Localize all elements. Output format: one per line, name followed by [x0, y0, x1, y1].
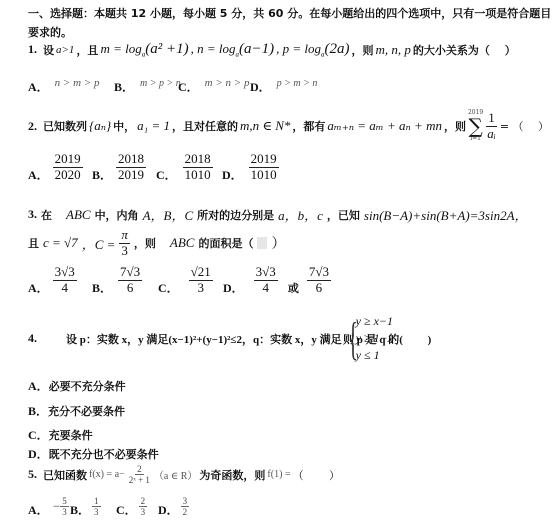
- stem-text: ，则: [134, 235, 156, 251]
- option-d[interactable]: D．32: [158, 496, 189, 518]
- math-function: f(x) = a−: [89, 469, 125, 480]
- option-label: A．: [28, 279, 49, 296]
- option-c[interactable]: C．23: [116, 496, 147, 518]
- math-m-expr: m = loga(a² +1): [100, 41, 188, 59]
- math-seq: {aₙ}: [89, 118, 111, 134]
- system-brace: {: [348, 312, 358, 365]
- option-label: D．: [222, 166, 243, 183]
- math-C-fraction: π3: [119, 228, 130, 259]
- question-number: 3.: [28, 207, 37, 222]
- stem-text: 已知函数: [43, 467, 87, 483]
- question-1-stem: 1. 设 a>1 ，且 m = loga(a² +1) , n = loga(a…: [28, 41, 516, 59]
- option-label: B．: [92, 279, 112, 296]
- question-2-stem: 2. 已知数列 {aₙ} 中， a₁ = 1 ，且对任意的 m,n ∈ N* ，…: [28, 110, 549, 142]
- section-heading-line2: 要求的。: [28, 24, 72, 40]
- option-a[interactable]: A．−53: [28, 496, 69, 518]
- math-function-fraction: 22ˣ + 1: [127, 464, 152, 486]
- section-heading-line1: 一、选择题：本题共 12 小题，每小题 5 分，共 60 分。在每小题给出的四个…: [28, 5, 551, 21]
- question-number: 2.: [28, 119, 37, 134]
- option-label: D．: [158, 501, 179, 518]
- option-d[interactable]: D．p > m > n: [250, 76, 317, 95]
- option-c[interactable]: C．m > n > p: [178, 76, 249, 95]
- stem-text: 为奇函数，则: [199, 467, 265, 483]
- option-value: p > m > n: [277, 78, 318, 89]
- question-4-stem: 4. 设 p：实数 x，y 满足(x−1)²+(y−1)²≤2，q：实数 x，y…: [28, 312, 431, 365]
- stem-text: ）: [271, 233, 285, 253]
- stem-text: 设 p：实数 x，y 满足(x−1)²+(y−1)²≤2，q：实数 x，y 满足: [66, 331, 342, 347]
- option-label: C．: [158, 279, 179, 296]
- stem-text: 且: [28, 235, 39, 251]
- option-a[interactable]: A．n > m > p: [28, 76, 99, 95]
- math-vars: m, n, p: [375, 42, 410, 58]
- option-d[interactable]: D．20191010: [222, 152, 279, 183]
- option-d[interactable]: D．3√34或7√36: [223, 265, 331, 296]
- or-text: 或: [288, 280, 299, 296]
- math-C-value: ，C =: [82, 234, 116, 253]
- stem-text: ，已知: [327, 207, 360, 223]
- option-b[interactable]: B．7√36: [92, 265, 142, 296]
- stem-text: 在: [41, 207, 52, 223]
- math-domain: （a ∈ R）: [154, 467, 198, 482]
- option-label: A．: [28, 80, 49, 94]
- math-angles: A，B，C: [143, 205, 194, 224]
- question-3-stem-line1: 3. 在 ABC 中，内角 A，B，C 所对的边分别是 a，b，c ，已知 si…: [28, 205, 528, 224]
- option-label: C．: [156, 166, 177, 183]
- math-n-expr: , n = loga(a−1): [191, 41, 275, 59]
- option-label: A．: [28, 166, 49, 183]
- option-a[interactable]: A．20192020: [28, 152, 83, 183]
- stem-text: ，都有: [292, 118, 325, 134]
- stem-text: 已知数列: [43, 118, 87, 134]
- option-label: B．: [92, 166, 112, 183]
- sum-term-fraction: 1aᵢ: [485, 111, 498, 142]
- option-label: B．: [114, 80, 134, 94]
- question-number: 1.: [28, 42, 37, 57]
- option-label: A．: [28, 501, 49, 518]
- math-condition: a>1: [56, 44, 74, 56]
- math-f1: f(1) =: [267, 469, 290, 480]
- summation: 2019 ∑ i=1: [468, 110, 483, 142]
- question-2-options: A．20192020 B．20182019 C．20181010 D．20191…: [28, 152, 268, 190]
- option-value: n > m > p: [55, 77, 100, 89]
- question-number: 4.: [28, 331, 66, 346]
- option-label: D．: [250, 80, 271, 94]
- stem-text: ，且: [76, 42, 98, 58]
- option-label: C．: [178, 80, 199, 94]
- question-4-option-c[interactable]: C．充要条件: [28, 426, 93, 443]
- math-triangle: ABC: [170, 235, 195, 251]
- math-p-expr: , p = loga(2a): [276, 41, 349, 59]
- question-5-options: A．−53 B．13 C．23 D．32: [28, 496, 228, 522]
- stem-text: 的大小关系为（ ）: [413, 42, 516, 58]
- question-3-options: A．3√34 B．7√36 C．√213 D．3√34或7√36: [28, 265, 328, 301]
- stem-text: 设: [43, 42, 54, 58]
- option-c[interactable]: C．20181010: [156, 152, 213, 183]
- question-1-options: A．n > m > p B．m > p > n C．m > n > p D．p …: [28, 73, 348, 91]
- question-5-stem: 5. 已知函数 f(x) = a− 22ˣ + 1 （a ∈ R） 为奇函数，则…: [28, 464, 340, 486]
- option-a[interactable]: A．3√34: [28, 265, 77, 296]
- option-value: m > p > n: [140, 78, 181, 89]
- math-triangle: ABC: [66, 207, 91, 223]
- option-c[interactable]: C．√213: [158, 265, 213, 296]
- math-equation: sin(B−A)+sin(B+A)=3sin2A，: [364, 205, 528, 224]
- math-sides: a，b，c: [278, 205, 323, 224]
- stem-text: 中，: [113, 118, 135, 134]
- option-label: B．: [70, 501, 90, 518]
- option-b[interactable]: B．m > p > n: [114, 76, 181, 95]
- stem-text: （ ）: [293, 467, 341, 483]
- question-3-stem-line2: 且 c = √7 ，C = π3 ，则 ABC 的面积是（ ）: [28, 228, 285, 259]
- stem-text: ，则: [444, 118, 466, 134]
- question-4-option-d[interactable]: D．既不充分也不必要条件: [28, 445, 159, 462]
- stem-text: 的面积是（: [198, 235, 253, 251]
- math-recurrence: aₘ₊ₙ = aₘ + aₙ + mn: [327, 118, 442, 134]
- math-mn: m,n ∈ N*: [240, 118, 290, 134]
- question-number: 5.: [28, 467, 37, 482]
- stem-text: 所对的边分别是: [197, 207, 274, 223]
- math-a1: a₁ = 1: [137, 118, 170, 134]
- option-b[interactable]: B．13: [70, 496, 101, 518]
- stem-text: 中，内角: [95, 207, 139, 223]
- option-label: C．: [116, 501, 137, 518]
- option-label: D．: [223, 279, 244, 296]
- option-value: m > n > p: [205, 77, 250, 89]
- answer-blank[interactable]: [257, 237, 267, 249]
- stem-text: ，且对任意的: [172, 118, 238, 134]
- question-4-option-a[interactable]: A．必要不充分条件: [28, 377, 126, 394]
- math-c-value: c = √7: [43, 235, 78, 251]
- stem-text: = （ ）: [500, 118, 549, 134]
- question-4-option-b[interactable]: B．充分不必要条件: [28, 402, 125, 419]
- stem-text: ，则: [351, 42, 373, 58]
- option-b[interactable]: B．20182019: [92, 152, 146, 183]
